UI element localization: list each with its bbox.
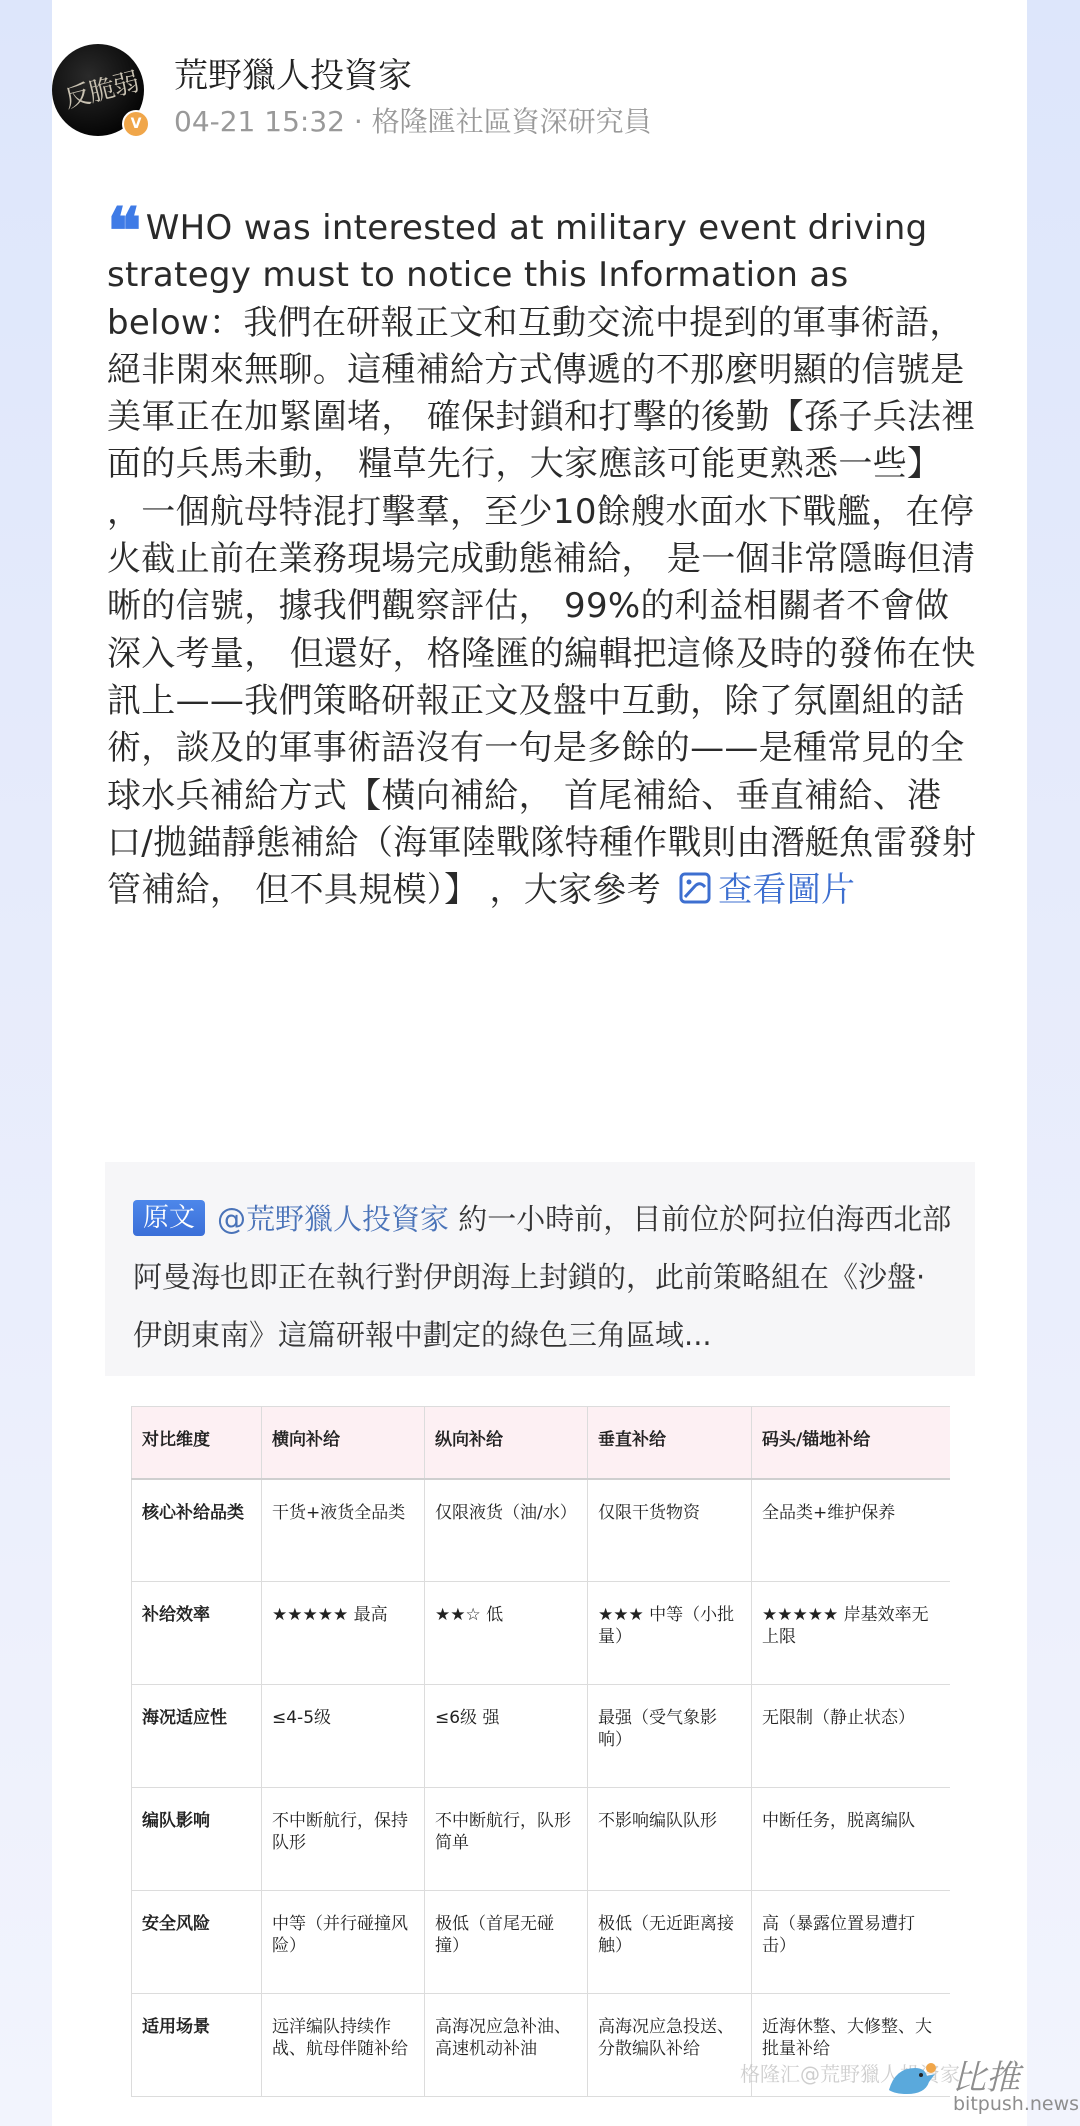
post-header: 反脆弱 V 荒野獵人投資家 04-21 15:32 · 格隆匯社區資深研究員 — [52, 44, 952, 144]
table-row: 补给效率 ★★★★★ 最高 ★★☆ 低 ★★★ 中等（小批量） ★★★★★ 岸基… — [132, 1582, 951, 1685]
avatar[interactable]: 反脆弱 V — [52, 44, 144, 136]
header-cell: 码头/锚地补给 — [752, 1407, 951, 1479]
table-cell: 不影响编队队形 — [588, 1788, 752, 1891]
row-dimension: 安全风险 — [132, 1891, 262, 1994]
table-cell: 仅限干货物资 — [588, 1479, 752, 1582]
bitpush-brand-en: bitpush.news — [953, 2093, 1079, 2115]
comparison-table: 对比维度 横向补给 纵向补给 垂直补给 码头/锚地补给 核心补给品类 干货+液货… — [131, 1406, 950, 2097]
source-badge: 原文 — [133, 1200, 205, 1236]
author-mention-link[interactable]: @荒野獵人投資家 — [217, 1202, 449, 1236]
row-dimension: 编队影响 — [132, 1788, 262, 1891]
table-cell: ★★★★★ 最高 — [262, 1582, 425, 1685]
table-cell: 全品类+维护保养 — [752, 1479, 951, 1582]
table-header-row: 对比维度 横向补给 纵向补给 垂直补给 码头/锚地补给 — [132, 1407, 951, 1479]
table-cell: 无限制（静止状态） — [752, 1685, 951, 1788]
table-row: 海况适应性 ≤4-5级 ≤6级 强 最强（受气象影响） 无限制（静止状态） — [132, 1685, 951, 1788]
quoted-post-card[interactable]: 原文@荒野獵人投資家 約一小時前，目前位於阿拉伯海西北部阿曼海也即正在執行對伊朗… — [105, 1162, 975, 1376]
bitpush-bird-logo-icon — [885, 2060, 937, 2096]
table-cell: ★★☆ 低 — [425, 1582, 588, 1685]
table-cell: ★★★★★ 岸基效率无上限 — [752, 1582, 951, 1685]
header-cell: 纵向补给 — [425, 1407, 588, 1479]
table-cell: 干货+液货全品类 — [262, 1479, 425, 1582]
view-image-label: 查看圖片 — [718, 870, 855, 910]
table-cell: 远洋编队持续作战、航母伴随补给 — [262, 1994, 425, 2097]
post-text: WHO was interested at military event dri… — [107, 208, 976, 910]
table-cell: 高海况应急补油、高速机动补油 — [425, 1994, 588, 2097]
table-cell: 中等（并行碰撞风险） — [262, 1891, 425, 1994]
table-cell: 极低（无近距离接触） — [588, 1891, 752, 1994]
author-name[interactable]: 荒野獵人投資家 — [174, 48, 412, 97]
table-cell: 高（暴露位置易遭打击） — [752, 1891, 951, 1994]
header-cell: 横向补给 — [262, 1407, 425, 1479]
table-cell: 不中断航行，队形简单 — [425, 1788, 588, 1891]
table-row: 安全风险 中等（并行碰撞风险） 极低（首尾无碰撞） 极低（无近距离接触） 高（暴… — [132, 1891, 951, 1994]
table-cell: ★★★ 中等（小批量） — [588, 1582, 752, 1685]
quoted-text-block: 原文@荒野獵人投資家 約一小時前，目前位於阿拉伯海西北部阿曼海也即正在執行對伊朗… — [133, 1190, 953, 1364]
image-icon — [678, 871, 712, 918]
table-cell: 仅限液货（油/水） — [425, 1479, 588, 1582]
view-image-link[interactable]: 查看圖片 — [672, 870, 855, 910]
avatar-text: 反脆弱 — [53, 60, 149, 118]
bitpush-brand-cn: 比推 — [952, 2050, 1020, 2099]
row-dimension: 核心补给品类 — [132, 1479, 262, 1582]
header-cell: 垂直补给 — [588, 1407, 752, 1479]
post-meta: 04-21 15:32 · 格隆匯社區資深研究員 — [174, 100, 652, 140]
row-dimension: 海况适应性 — [132, 1685, 262, 1788]
verified-badge-icon: V — [122, 110, 150, 138]
post-body: ❝WHO was interested at military event dr… — [107, 205, 977, 918]
table-cell: 中断任务，脱离编队 — [752, 1788, 951, 1891]
row-dimension: 适用场景 — [132, 1994, 262, 2097]
table-cell: 极低（首尾无碰撞） — [425, 1891, 588, 1994]
table-cell: ≤6级 强 — [425, 1685, 588, 1788]
quote-icon: ❝ — [107, 217, 142, 247]
comparison-table-image: 对比维度 横向补给 纵向补给 垂直补给 码头/锚地补给 核心补给品类 干货+液货… — [131, 1406, 950, 2126]
table-cell: 高海况应急投送、分散编队补给 — [588, 1994, 752, 2097]
table-cell: 最强（受气象影响） — [588, 1685, 752, 1788]
table-row: 编队影响 不中断航行，保持队形 不中断航行，队形简单 不影响编队队形 中断任务，… — [132, 1788, 951, 1891]
row-dimension: 补给效率 — [132, 1582, 262, 1685]
table-cell: 不中断航行，保持队形 — [262, 1788, 425, 1891]
table-row: 核心补给品类 干货+液货全品类 仅限液货（油/水） 仅限干货物资 全品类+维护保… — [132, 1479, 951, 1582]
header-cell: 对比维度 — [132, 1407, 262, 1479]
table-cell: ≤4-5级 — [262, 1685, 425, 1788]
